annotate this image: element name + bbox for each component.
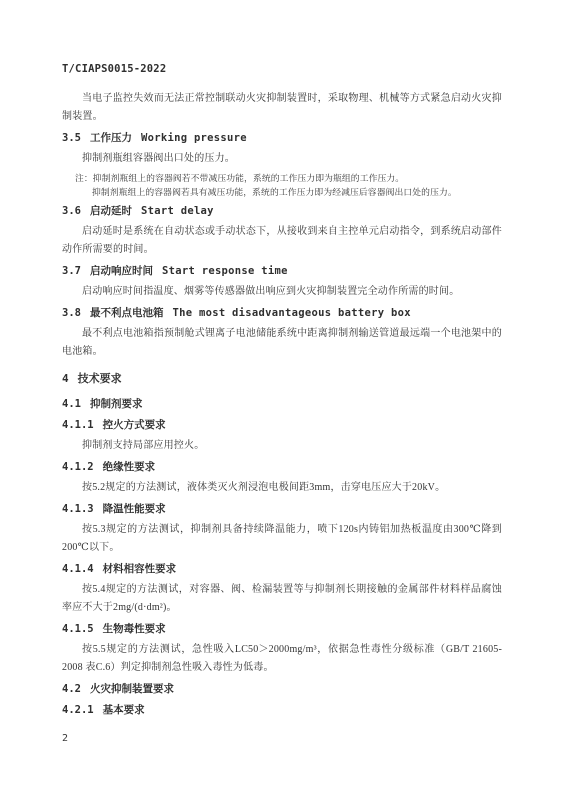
section-title-zh: 生物毒性要求 xyxy=(103,623,166,635)
section-number: 4.2 xyxy=(62,683,81,695)
section-number: 4.1.2 xyxy=(62,461,94,473)
section-heading-3-7: 3.7启动响应时间Start response time xyxy=(62,262,502,280)
section-title-en: Working pressure xyxy=(141,132,247,144)
section-body: 抑制剂瓶组容器阀出口处的压力。 xyxy=(62,150,502,168)
section-body: 按5.2规定的方法测试，液体类灭火剂浸泡电极间距3mm，击穿电压应大于20kV。 xyxy=(62,479,502,497)
section-body: 最不利点电池箱指预制舱式锂离子电池储能系统中距离抑制剂输送管道最远端一个电池架中… xyxy=(62,325,502,361)
section-title-zh: 启动响应时间 xyxy=(90,265,153,277)
section-title-en: Start response time xyxy=(162,265,288,277)
intro-paragraph: 当电子监控失效而无法正常控制联动火灾抑制装置时，采取物理、机械等方式紧急启动火灾… xyxy=(62,90,502,126)
section-number: 4.1.1 xyxy=(62,419,94,431)
section-note-line: 抑制剂瓶组上的容器阀若具有减压功能，系统的工作压力即为经减压后容器阀出口处的压力… xyxy=(92,185,502,199)
section-body: 启动延时是系统在自动状态或手动状态下，从接收到来自主控单元启动指令，到系统启动部… xyxy=(62,223,502,259)
section-body: 按5.5规定的方法测试，急性吸入LC50＞2000mg/m³，依据急性毒性分级标… xyxy=(62,641,502,677)
section-note-line: 注：抑制剂瓶组上的容器阀若不带减压功能，系统的工作压力即为瓶组的工作压力。 xyxy=(75,171,502,185)
section-title-en: Start delay xyxy=(141,205,214,217)
section-heading-4-2: 4.2火灾抑制装置要求 xyxy=(62,680,502,698)
section-number: 4.1.4 xyxy=(62,563,94,575)
section-title-zh: 火灾抑制装置要求 xyxy=(90,683,174,695)
section-title-zh: 材料相容性要求 xyxy=(103,563,177,575)
section-title-zh: 绝缘性要求 xyxy=(103,461,156,473)
section-title-zh: 控火方式要求 xyxy=(103,419,166,431)
section-number: 4 xyxy=(62,372,69,385)
section-heading-4-1-2: 4.1.2绝缘性要求 xyxy=(62,458,502,476)
section-heading-3-6: 3.6启动延时Start delay xyxy=(62,202,502,220)
section-number: 4.2.1 xyxy=(62,704,94,716)
document-header-code: T/CIAPS0015-2022 xyxy=(62,62,502,76)
section-heading-4: 4技术要求 xyxy=(62,369,502,389)
section-number: 4.1.3 xyxy=(62,503,94,515)
section-title-zh: 基本要求 xyxy=(103,704,145,716)
section-body: 按5.3规定的方法测试，抑制剂具备持续降温能力，喷下120s内铸铝加热板温度由3… xyxy=(62,521,502,557)
section-body: 启动响应时间指温度、烟雾等传感器做出响应到火灾抑制装置完全动作所需的时间。 xyxy=(62,283,502,301)
section-number: 3.8 xyxy=(62,307,81,319)
section-title-zh: 工作压力 xyxy=(90,132,132,144)
section-body: 抑制剂支持局部应用控火。 xyxy=(62,437,502,455)
section-heading-4-2-1: 4.2.1基本要求 xyxy=(62,701,502,719)
document-page: T/CIAPS0015-2022 当电子监控失效而无法正常控制联动火灾抑制装置时… xyxy=(0,0,563,800)
section-number: 3.7 xyxy=(62,265,81,277)
section-number: 4.1 xyxy=(62,398,81,410)
section-heading-3-8: 3.8最不利点电池箱The most disadvantageous batte… xyxy=(62,304,502,322)
section-title-zh: 启动延时 xyxy=(90,205,132,217)
section-title-zh: 技术要求 xyxy=(78,373,122,385)
section-heading-3-5: 3.5工作压力Working pressure xyxy=(62,129,502,147)
document-content: T/CIAPS0015-2022 当电子监控失效而无法正常控制联动火灾抑制装置时… xyxy=(0,0,563,719)
section-heading-4-1-3: 4.1.3降温性能要求 xyxy=(62,500,502,518)
page-number: 2 xyxy=(62,733,68,744)
section-heading-4-1-5: 4.1.5生物毒性要求 xyxy=(62,620,502,638)
section-number: 3.6 xyxy=(62,205,81,217)
section-title-en: The most disadvantageous battery box xyxy=(172,307,410,319)
section-title-zh: 最不利点电池箱 xyxy=(90,307,164,319)
section-title-zh: 降温性能要求 xyxy=(103,503,166,515)
section-body: 按5.4规定的方法测试，对容器、阀、检漏装置等与抑制剂长期接触的金属部件材料样品… xyxy=(62,581,502,617)
section-heading-4-1-1: 4.1.1控火方式要求 xyxy=(62,416,502,434)
section-number: 3.5 xyxy=(62,132,81,144)
section-number: 4.1.5 xyxy=(62,623,94,635)
section-heading-4-1: 4.1抑制剂要求 xyxy=(62,395,502,413)
section-heading-4-1-4: 4.1.4材料相容性要求 xyxy=(62,560,502,578)
section-title-zh: 抑制剂要求 xyxy=(90,398,143,410)
